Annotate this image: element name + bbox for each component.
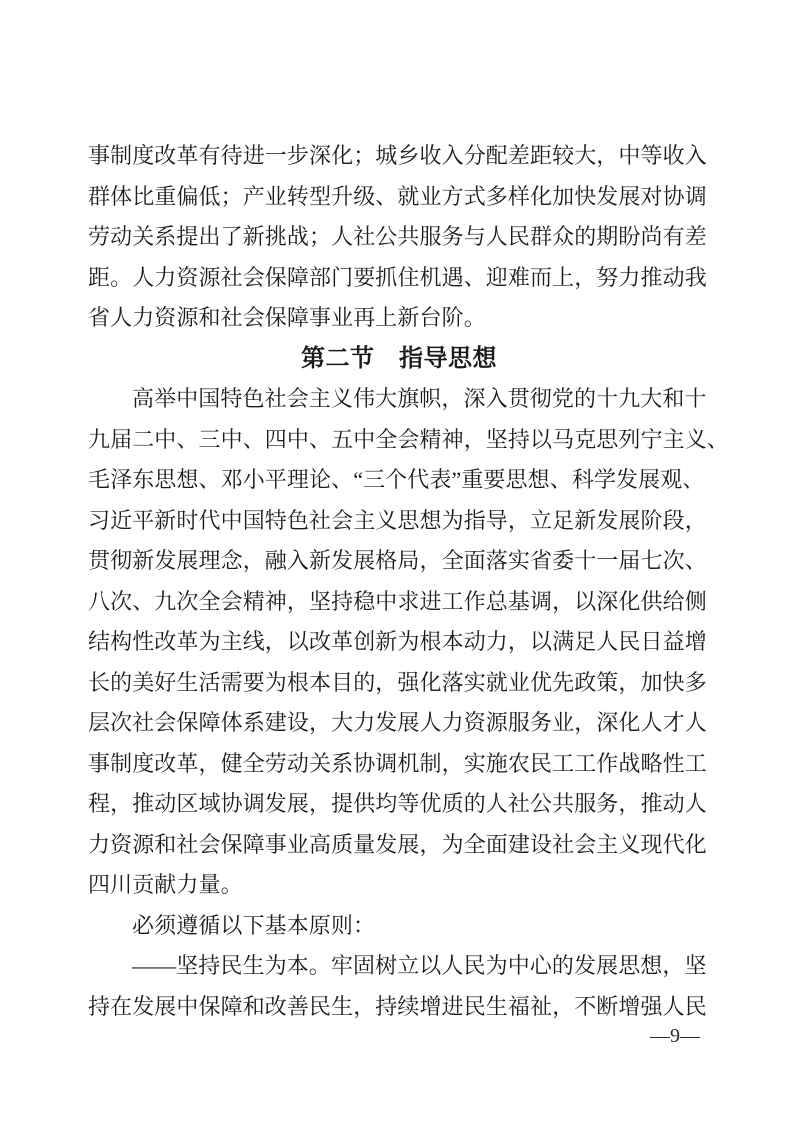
text-line: ——坚持民生为本。牢固树立以人民为中心的发展思想，坚: [88, 946, 710, 987]
document-page: 事制度改革有待进一步深化；城乡收入分配差距较大，中等收入 群体比重偏低；产业转型…: [0, 0, 793, 1122]
text-line: 层次社会保障体系建设，大力发展人力资源服务业，深化人才人: [88, 703, 710, 744]
text-line: 四川贡献力量。: [88, 865, 710, 906]
text-line: 长的美好生活需要为根本目的，强化落实就业优先政策，加快多: [88, 663, 710, 704]
text-line: 持在发展中保障和改善民生，持续增进民生福祉，不断增强人民: [88, 987, 710, 1028]
text-line: 群体比重偏低；产业转型升级、就业方式多样化加快发展对协调: [88, 177, 710, 218]
text-line: 贯彻新发展理念，融入新发展格局，全面落实省委十一届七次、: [88, 541, 710, 582]
text-line: 省人力资源和社会保障事业再上新台阶。: [88, 298, 710, 339]
text-line: 高举中国特色社会主义伟大旗帜，深入贯彻党的十九大和十: [88, 379, 710, 420]
text-line: 劳动关系提出了新挑战；人社公共服务与人民群众的期盼尚有差: [88, 217, 710, 258]
text-line: 必须遵循以下基本原则：: [88, 906, 710, 947]
text-line: 八次、九次全会精神，坚持稳中求进工作总基调，以深化供给侧: [88, 582, 710, 623]
text-block: 事制度改革有待进一步深化；城乡收入分配差距较大，中等收入 群体比重偏低；产业转型…: [88, 136, 710, 1027]
text-line: 事制度改革，健全劳动关系协调机制，实施农民工工作战略性工: [88, 744, 710, 785]
text-line: 九届二中、三中、四中、五中全会精神，坚持以马克思列宁主义、: [88, 420, 710, 461]
text-line: 距。人力资源社会保障部门要抓住机遇、迎难而上，努力推动我: [88, 258, 710, 299]
text-line: 事制度改革有待进一步深化；城乡收入分配差距较大，中等收入: [88, 136, 710, 177]
text-line: 结构性改革为主线，以改革创新为根本动力，以满足人民日益增: [88, 622, 710, 663]
page-number: —9—: [650, 1024, 700, 1048]
text-line: 程，推动区域协调发展，提供均等优质的人社公共服务，推动人: [88, 784, 710, 825]
text-line: 力资源和社会保障事业高质量发展，为全面建设社会主义现代化: [88, 825, 710, 866]
section-heading: 第二节 指导思想: [88, 339, 710, 380]
text-line: 习近平新时代中国特色社会主义思想为指导，立足新发展阶段，: [88, 501, 710, 542]
text-line: 毛泽东思想、邓小平理论、“三个代表”重要思想、科学发展观、: [88, 460, 710, 501]
